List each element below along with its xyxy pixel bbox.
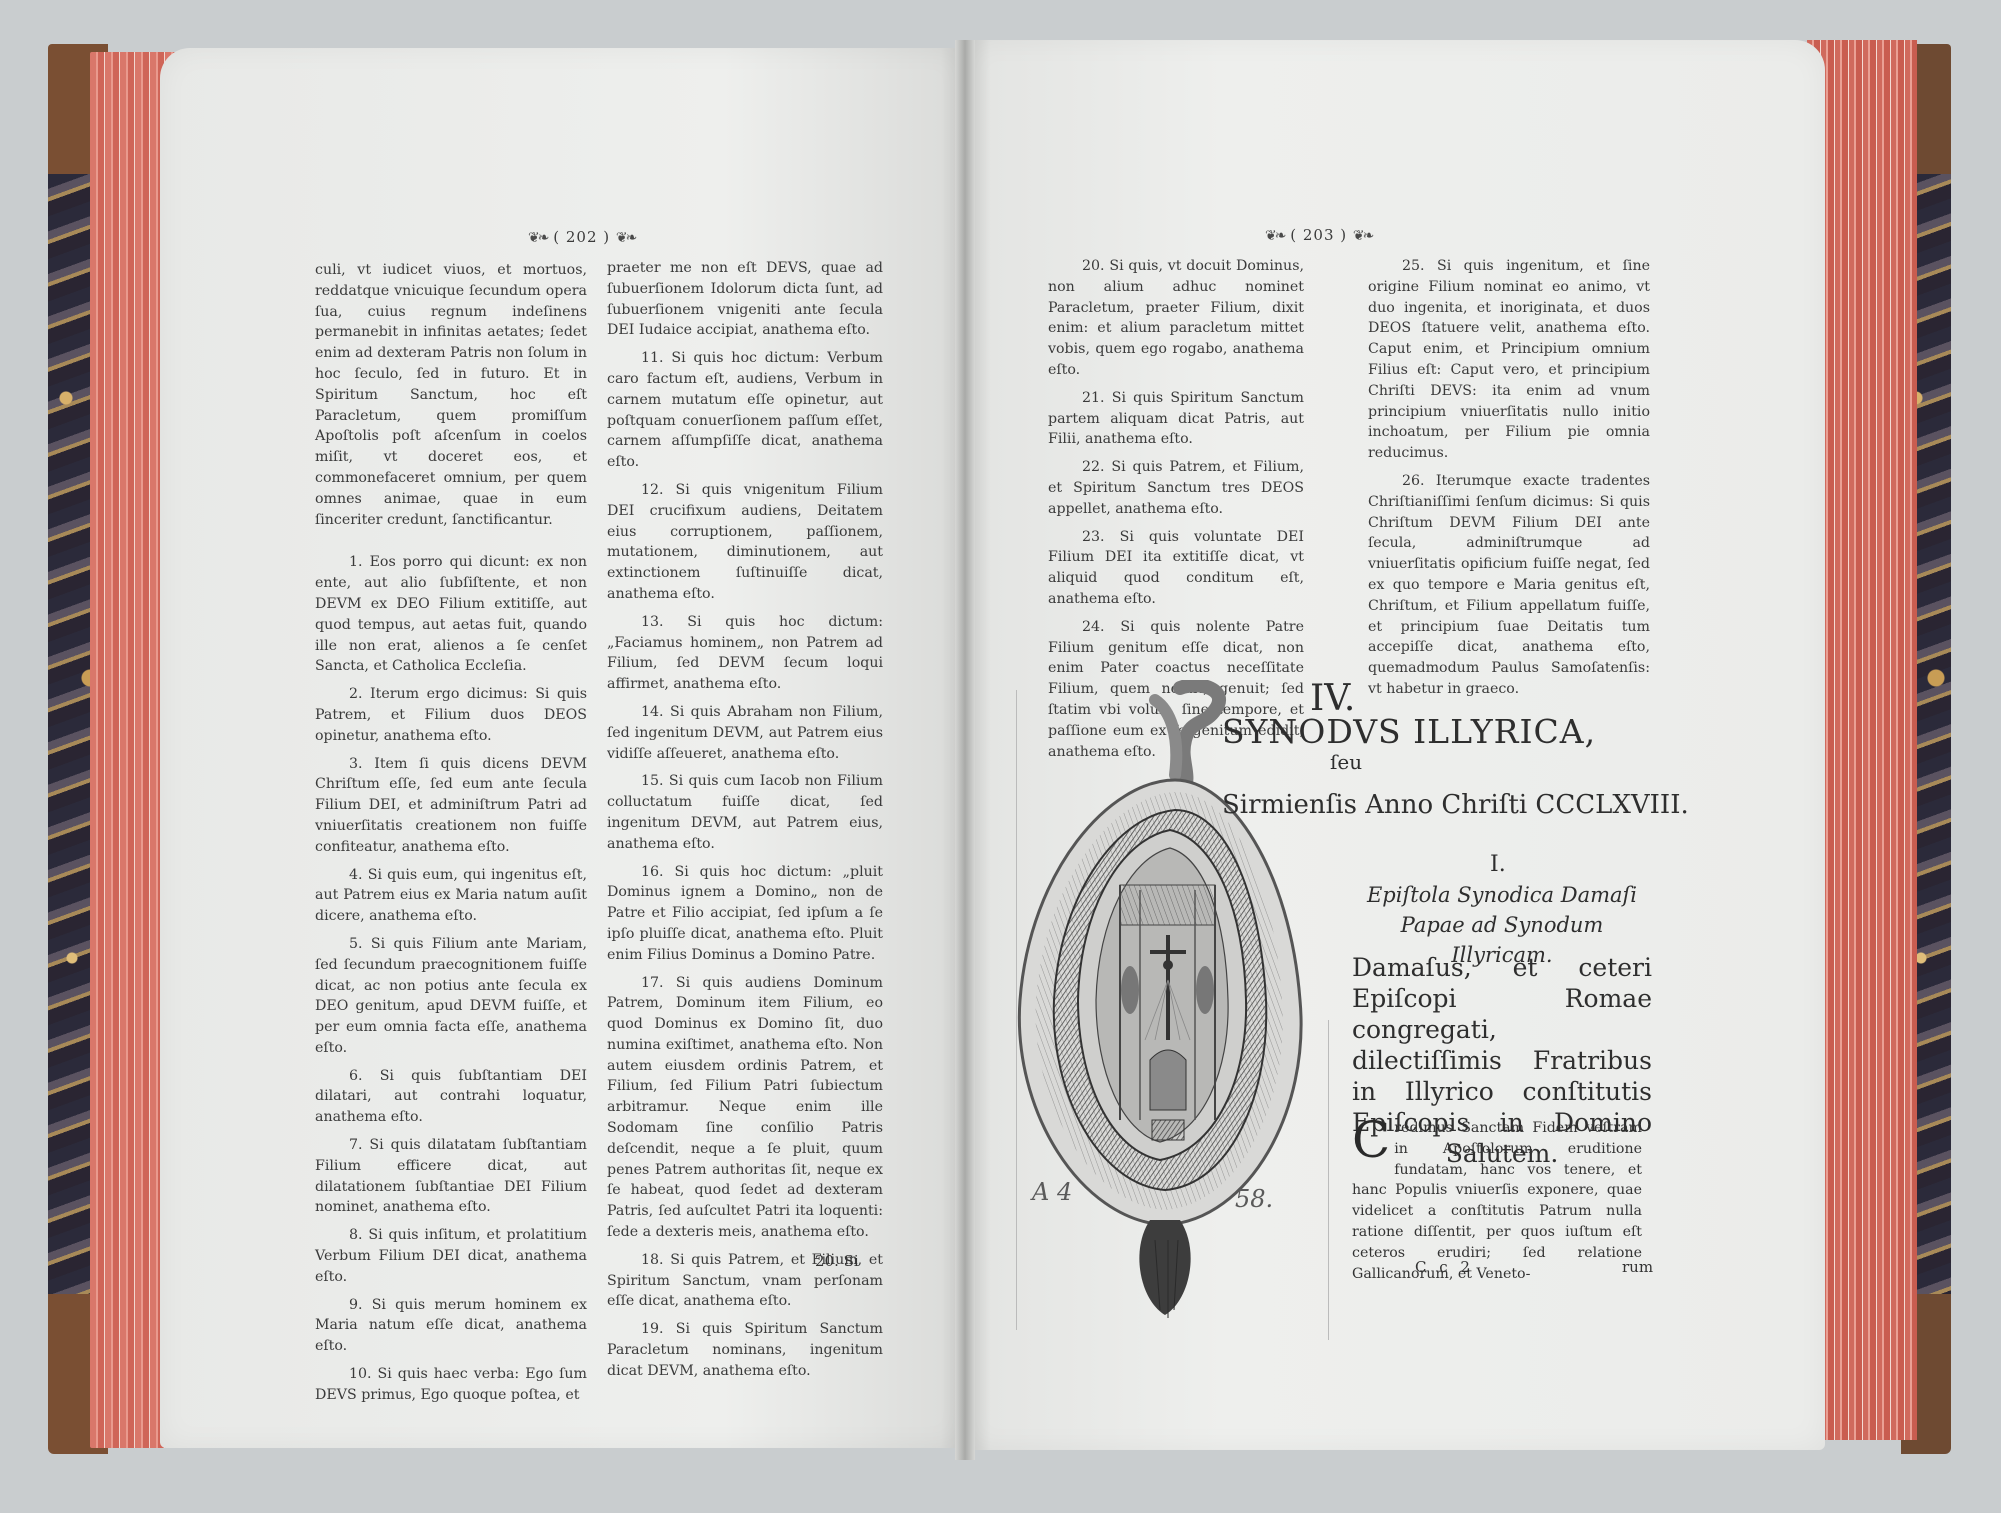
page-number: ( 202 ) <box>553 228 610 246</box>
paragraph: culi, vt iudicet viuos, et mortuos, redd… <box>315 260 587 530</box>
handwritten-annotation: A 4 <box>1032 1178 1072 1206</box>
canon-19: 19. Si quis Spiritum Sanctum Paracletum … <box>607 1319 883 1381</box>
section-subtitle: Sirmienſis Anno Chriſti CCCLXVIII. <box>1222 790 1689 820</box>
canon-10: 10. Si quis haec verba: Ego ſum DEVS pri… <box>315 1364 587 1406</box>
canon-15: 15. Si quis cum Iacob non Filium colluct… <box>607 771 883 854</box>
section-title: SYNODVS ILLYRICA, <box>1222 712 1596 751</box>
fleuron-ornament-icon: ❦❧ <box>1353 228 1372 244</box>
wax-seal-illustration: A 4 58. <box>990 680 1330 1320</box>
canon-4: 4. Si quis eum, qui ingenitus eſt, aut P… <box>315 865 587 927</box>
canon-22: 22. Si quis Patrem, et Filium, et Spirit… <box>1048 457 1304 519</box>
book-gutter <box>955 40 975 1460</box>
canon-1: 1. Eos porro qui dicunt: ex non ente, au… <box>315 552 587 677</box>
left-page-column-2: praeter me non eſt DEVS, quae ad ſubuerſ… <box>607 258 883 1389</box>
fleuron-ornament-icon: ❦❧ <box>528 230 547 246</box>
signature-mark: C c 2 <box>1415 1258 1474 1276</box>
canon-17: 17. Si quis audiens Dominum Patrem, Domi… <box>607 973 883 1243</box>
canon-26: 26. Iterumque exacte tradentes Chriſtian… <box>1368 471 1650 700</box>
canon-8: 8. Si quis inſitum, et prolatitium Verbu… <box>315 1225 587 1287</box>
left-running-head: ❦❧ ( 202 ) ❦❧ <box>528 228 635 246</box>
canon-6: 6. Si quis ſubſtantiam DEI dilatari, aut… <box>315 1066 587 1128</box>
canon-7: 7. Si quis dilatatam ſubſtantiam Filium … <box>315 1135 587 1218</box>
canon-21: 21. Si quis Spiritum Sanctum partem aliq… <box>1048 388 1304 450</box>
canon-9: 9. Si quis merum hominem ex Maria natum … <box>315 1295 587 1357</box>
fleuron-ornament-icon: ❦❧ <box>1265 228 1284 244</box>
canon-2: 2. Iterum ergo dicimus: Si quis Patrem, … <box>315 684 587 746</box>
epistle-body-text: redimus Sanctam Fidem veſtram in Apoſtol… <box>1352 1120 1642 1282</box>
right-running-head: ❦❧ ( 203 ) ❦❧ <box>1265 226 1372 244</box>
handwritten-annotation: 58. <box>1235 1185 1273 1213</box>
right-page-column-2: 25. Si quis ingenitum, et ſine origine F… <box>1368 256 1650 707</box>
epistle-number: I. <box>1490 852 1506 877</box>
canon-16: 16. Si quis hoc dictum: „pluit Dominus i… <box>607 862 883 966</box>
canon-20: 20. Si quis, vt docuit Dominus, non aliu… <box>1048 256 1304 381</box>
canon-23: 23. Si quis voluntate DEI Filium DEI ita… <box>1048 527 1304 610</box>
canon-11: 11. Si quis hoc dictum: Verbum caro fact… <box>607 348 883 473</box>
canon-12: 12. Si quis vnigenitum Filium DEI crucif… <box>607 480 883 605</box>
canon-5: 5. Si quis Filium ante Mariam, ſed ſecun… <box>315 934 587 1059</box>
epistle-body: Credimus Sanctam Fidem veſtram in Apoſto… <box>1352 1118 1642 1284</box>
left-catchword: 20. Si <box>815 1252 859 1270</box>
left-page-column-1: culi, vt iudicet viuos, et mortuos, redd… <box>315 260 587 1413</box>
drop-cap: C <box>1352 1120 1390 1160</box>
paragraph: praeter me non eſt DEVS, quae ad ſubuerſ… <box>607 258 883 341</box>
canon-25: 25. Si quis ingenitum, et ſine origine F… <box>1368 256 1650 464</box>
canon-14: 14. Si quis Abraham non Filium, ſed inge… <box>607 702 883 764</box>
canon-3: 3. Item ſi quis dicens DEVM Chriſtum eſſ… <box>315 754 587 858</box>
section-seu: ſeu <box>1330 750 1362 774</box>
seal-engraving-icon <box>990 680 1330 1320</box>
fleuron-ornament-icon: ❦❧ <box>616 230 635 246</box>
right-catchword: rum <box>1622 1258 1653 1276</box>
open-book-photo: ❦❧ ( 202 ) ❦❧ culi, vt iudicet viuos, et… <box>0 0 2001 1513</box>
page-number: ( 203 ) <box>1290 226 1347 244</box>
canon-13: 13. Si quis hoc dictum: „Faciamus homine… <box>607 612 883 695</box>
